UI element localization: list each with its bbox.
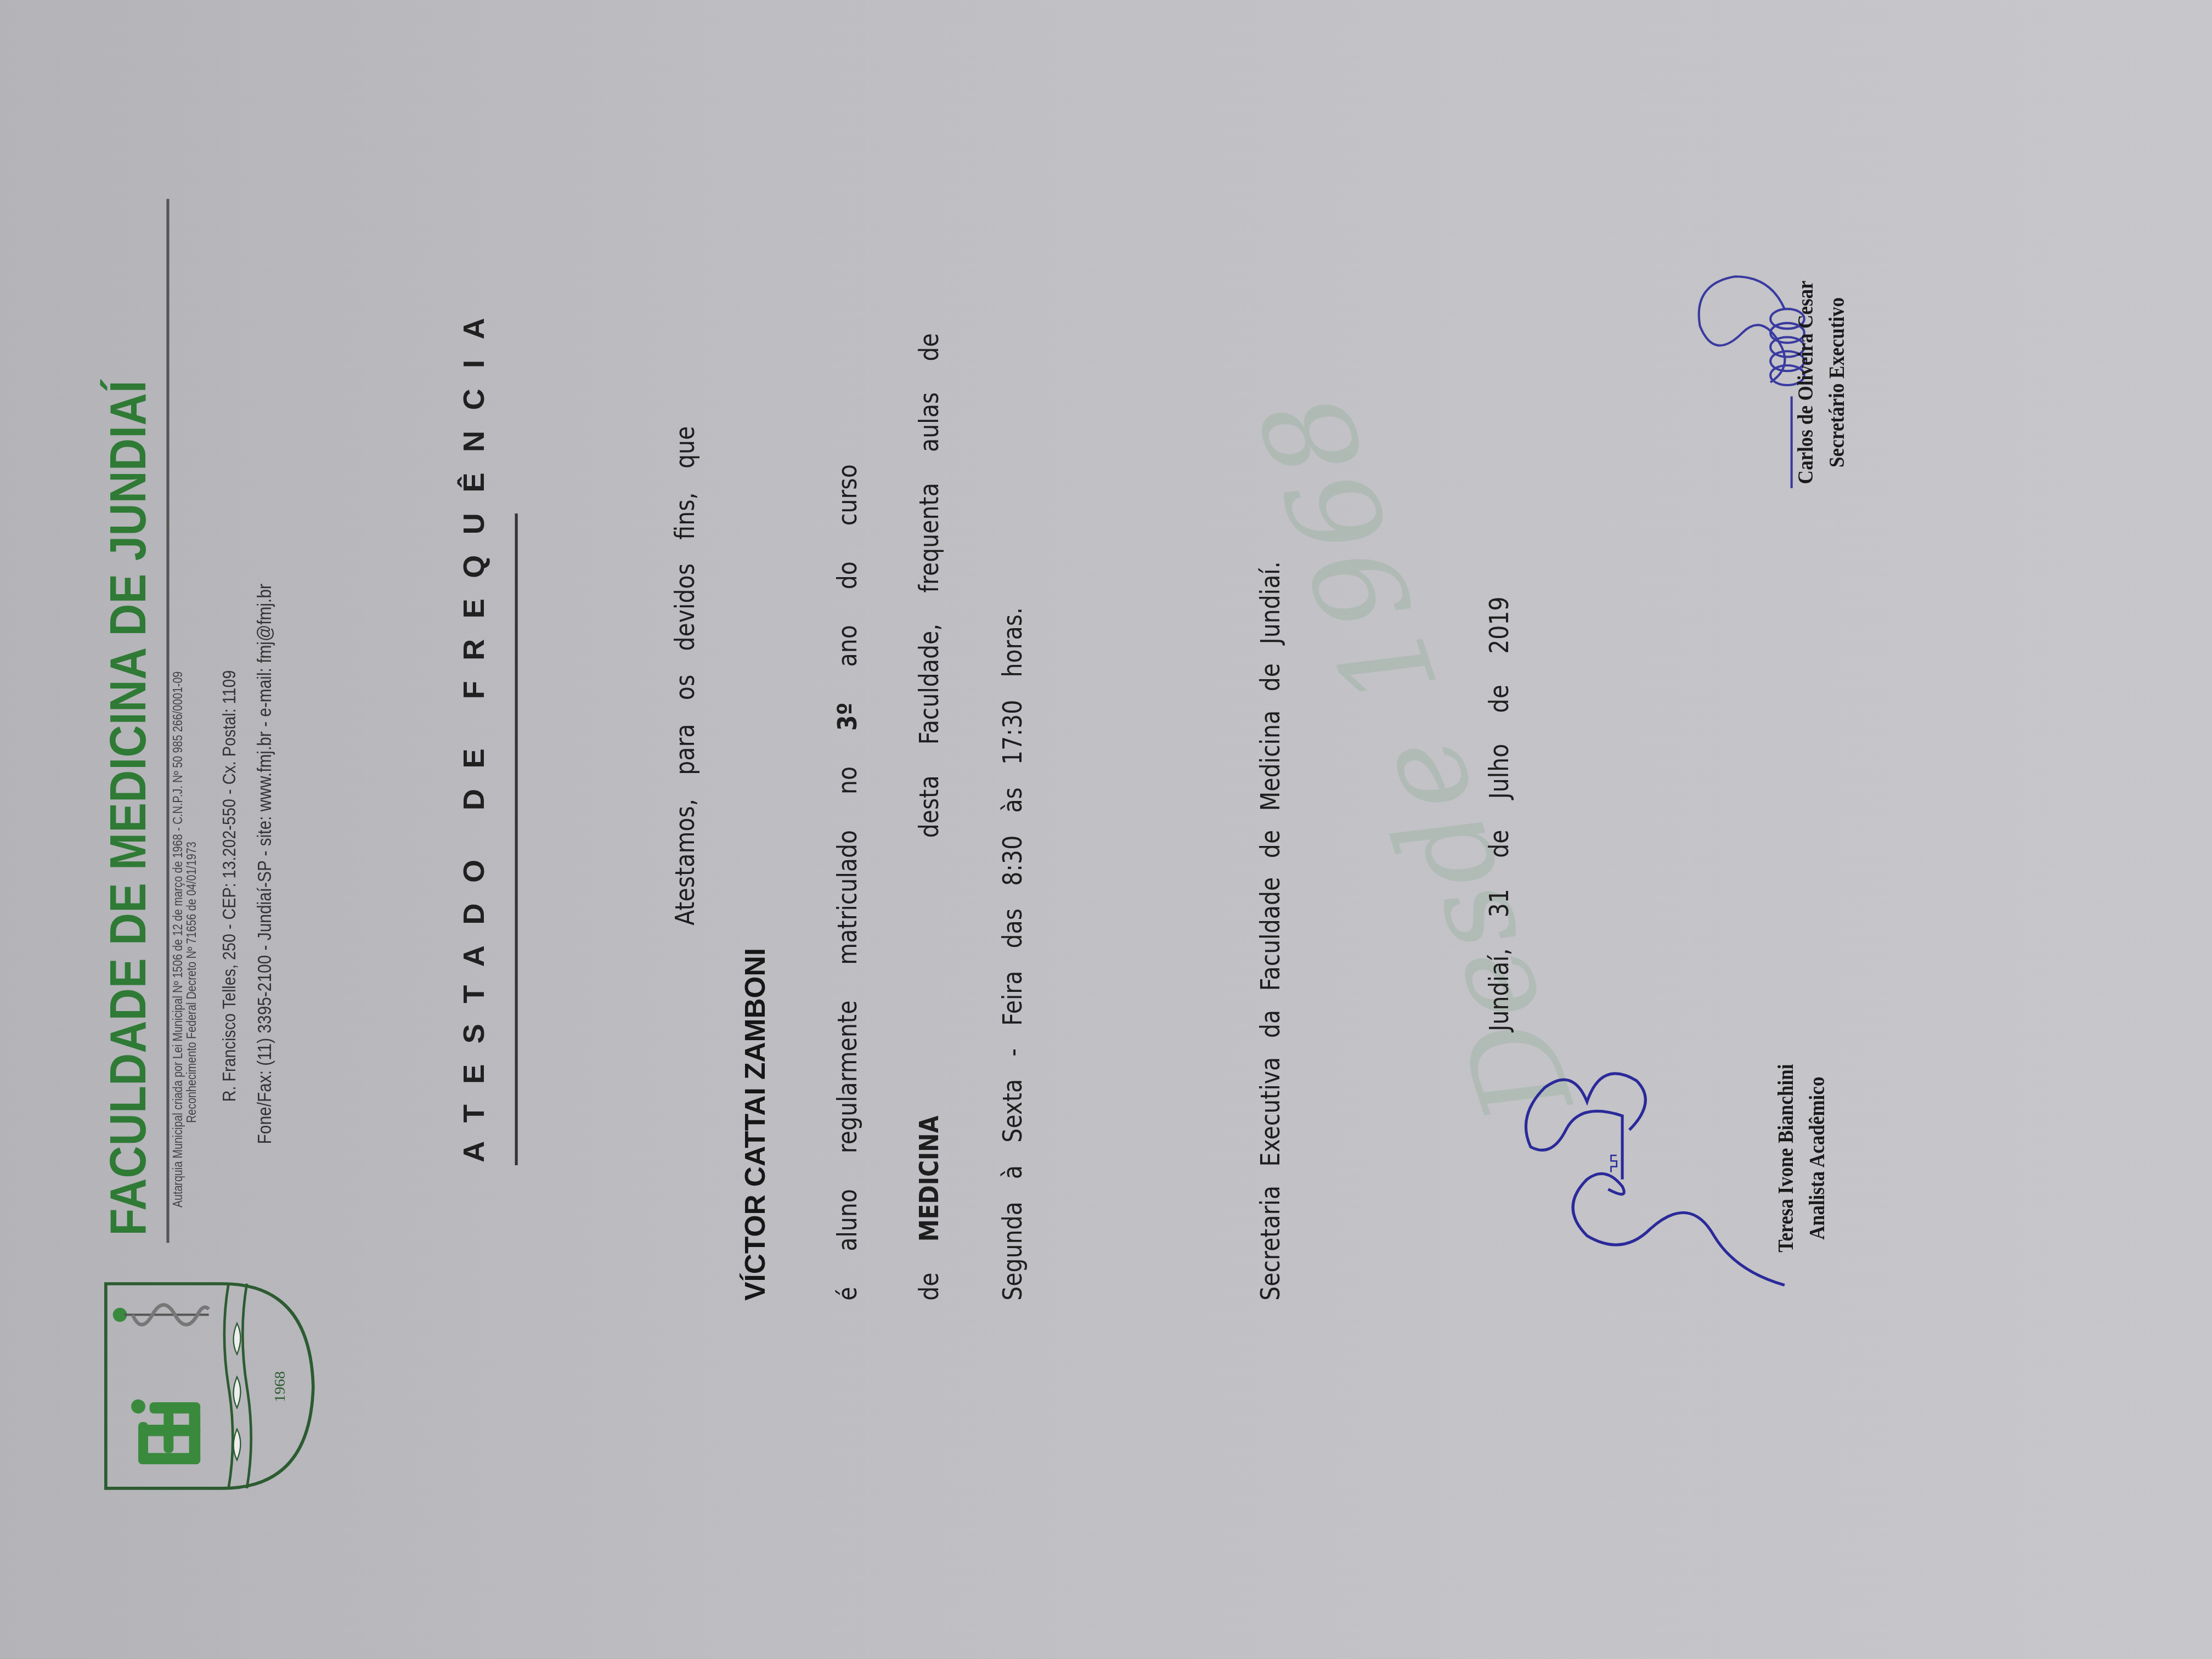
- course-name: MEDICINA: [914, 1116, 945, 1242]
- intro-text: Atestamos, para os devidos fins, que: [670, 426, 701, 926]
- signatory-1-name: Teresa Ivone Bianchini: [1775, 1034, 1800, 1283]
- schedule-line: Segunda à Sexta - Feira das 8:30 às 17:3…: [997, 607, 1029, 1301]
- title-underline: [515, 513, 517, 1165]
- issuer-line: Secretaria Executiva da Faculdade de Med…: [1256, 561, 1287, 1301]
- enrollment-suffix: ano do curso: [832, 464, 864, 667]
- signatory-1-role: Analista Acadêmico: [1805, 1034, 1831, 1283]
- signatory-2-name: Carlos de Oliveira Cesar: [1795, 252, 1820, 512]
- legal-line-1: Autarquia Municipal criada por Lei Munic…: [171, 672, 185, 1207]
- watermark: Desde 1968: [1233, 374, 1601, 1137]
- legal-line-2: Reconhecimento Federal Decreto Nº 71656 …: [185, 842, 199, 1122]
- signatory-2-role: Secretário Executivo: [1825, 252, 1850, 512]
- institution-name: FACULDADE DE MEDICINA DE JUNDIAÍ: [99, 380, 158, 1235]
- header-divider: [166, 199, 169, 1243]
- address-line: R. Francisco Telles, 250 - CEP: 13.202-5…: [219, 670, 240, 1102]
- course-line: de MEDICINA desta Faculdade, frequenta a…: [914, 333, 945, 1301]
- contact-line: Fone/Fax: (11) 3395-2100 - Jundiaí-SP - …: [254, 584, 275, 1144]
- signature-teresa-icon: [1523, 1031, 1792, 1313]
- course-prefix: de: [914, 1273, 945, 1301]
- student-name: VÍCTOR CATTAI ZAMBONI: [741, 948, 773, 1301]
- course-suffix: desta Faculdade, frequenta aulas de: [914, 333, 945, 838]
- photo-canvas: 1968 FACULDADE DE MEDICINA DE JUNDIAÍ Au…: [0, 0, 2212, 1659]
- document-title: ATESTADO DE FREQUÊNCIA: [459, 297, 493, 1163]
- svg-text:1968: 1968: [272, 1371, 289, 1402]
- enrollment-line: é aluno regularmente matriculado no 3º a…: [832, 464, 864, 1301]
- enrollment-year: 3º: [832, 702, 864, 731]
- date-line: Jundiaí, 31 de Julho de 2019: [1484, 596, 1515, 1031]
- enrollment-prefix: é aluno regularmente matriculado no: [832, 766, 864, 1301]
- fmj-shield-logo-icon: 1968: [99, 1277, 318, 1496]
- certificate-page: 1968 FACULDADE DE MEDICINA DE JUNDIAÍ Au…: [0, 0, 2212, 1659]
